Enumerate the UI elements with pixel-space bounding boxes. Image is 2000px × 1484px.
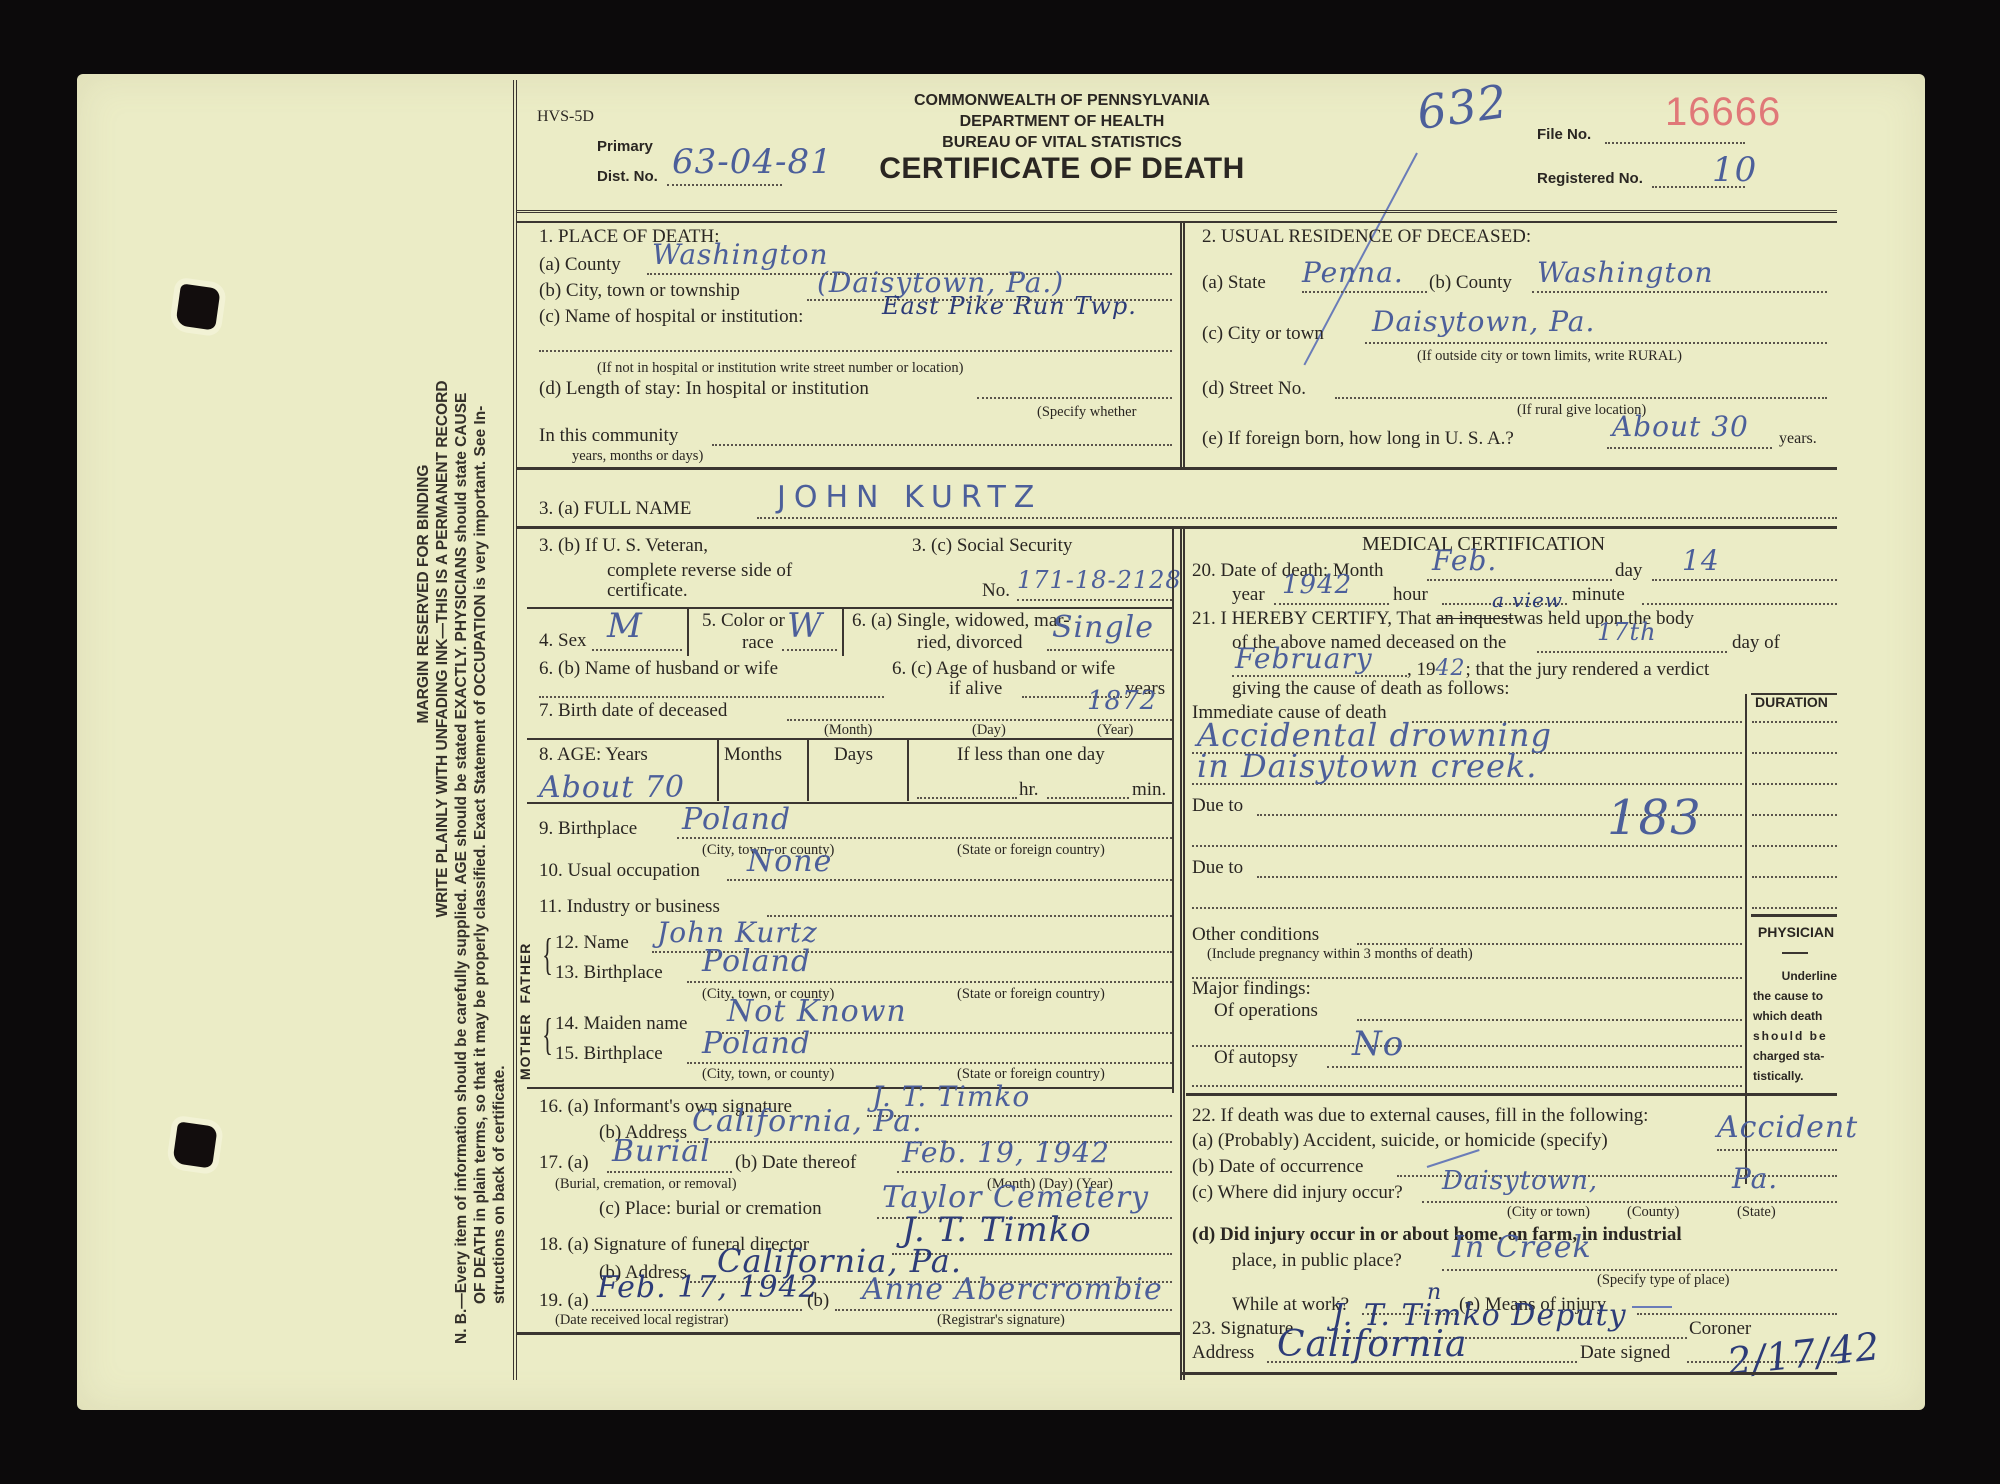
- dash-mark: [1632, 1306, 1672, 1308]
- agency-line: COMMONWEALTH OF PENNSYLVANIA: [837, 90, 1287, 111]
- death-minute-label: minute: [1572, 584, 1625, 606]
- death-hour-label: hour: [1393, 584, 1428, 606]
- informant-address[interactable]: California, Pa.: [692, 1104, 923, 1139]
- city-caption: (City or town): [1507, 1204, 1590, 1221]
- foreign-born-value[interactable]: About 30: [1612, 410, 1749, 443]
- major-findings-label: Major findings:: [1192, 978, 1311, 1000]
- injury-location-label: place, in public place?: [1232, 1250, 1402, 1272]
- residence-county-value[interactable]: Washington: [1537, 256, 1714, 289]
- residence-city-value[interactable]: Daisytown, Pa.: [1372, 305, 1595, 338]
- color-value[interactable]: W: [787, 606, 823, 646]
- registered-number[interactable]: 10: [1712, 150, 1757, 190]
- certify-text: day of: [1732, 632, 1780, 654]
- certify-text: ; that the jury rendered a verdict: [1466, 659, 1710, 680]
- brace: {: [542, 933, 553, 977]
- community-label: In this community: [539, 425, 678, 447]
- color-label: race: [742, 632, 774, 654]
- stay-note: (Specify whether: [1037, 404, 1136, 421]
- state-caption: (State): [1737, 1204, 1776, 1221]
- injury-city[interactable]: Daisytown,: [1442, 1166, 1598, 1196]
- burial-place-label: (c) Place: burial or cremation: [599, 1198, 822, 1220]
- registrar-signature-caption: (Registrar's signature): [937, 1312, 1065, 1329]
- autopsy-label: Of autopsy: [1214, 1047, 1298, 1069]
- margin-binding-note: MARGIN RESERVED FOR BINDING: [414, 144, 433, 1344]
- spouse-age-label: 6. (c) Age of husband or wife: [892, 658, 1115, 680]
- foreign-born-unit: years.: [1779, 430, 1817, 448]
- industry-label: 11. Industry or business: [539, 896, 720, 918]
- due-to-label: Due to: [1192, 857, 1243, 879]
- residence-heading: 2. USUAL RESIDENCE OF DECEASED:: [1202, 226, 1531, 248]
- birth-date-label: 7. Birth date of deceased: [539, 700, 727, 722]
- mother-birthplace-value[interactable]: Poland: [702, 1026, 811, 1061]
- other-conditions-label: Other conditions: [1192, 924, 1319, 946]
- occupation-value[interactable]: None: [747, 844, 832, 879]
- death-year[interactable]: 1942: [1282, 570, 1352, 600]
- agency-block: COMMONWEALTH OF PENNSYLVANIA DEPARTMENT …: [837, 90, 1287, 153]
- state-caption: (State or foreign country): [957, 986, 1105, 1003]
- veteran-label: certificate.: [607, 580, 688, 602]
- document-title: CERTIFICATE OF DEATH: [837, 152, 1287, 186]
- physician-note-line: which death: [1753, 1006, 1837, 1026]
- marital-label: ried, divorced: [917, 632, 1023, 654]
- hospital-label: (c) Name of hospital or institution:: [539, 306, 803, 328]
- death-month[interactable]: Feb.: [1432, 544, 1497, 577]
- residence-state-value[interactable]: Penna.: [1302, 256, 1404, 289]
- city-caption: (City, town, or county): [702, 1066, 834, 1083]
- hospital-note: (If not in hospital or institution write…: [597, 360, 963, 377]
- inquest-month[interactable]: February: [1235, 642, 1373, 675]
- margin-nb-line: OF DEATH in plain terms, so that it may …: [471, 144, 490, 1344]
- age-value[interactable]: About 70: [539, 770, 685, 805]
- operations-label: Of operations: [1214, 1000, 1318, 1022]
- injury-state[interactable]: Pa.: [1732, 1162, 1778, 1195]
- father-name-label: 12. Name: [555, 932, 629, 954]
- veteran-label: complete reverse side of: [607, 560, 792, 582]
- ss-label: 3. (c) Social Security: [912, 535, 1072, 557]
- disposition-value[interactable]: Burial: [612, 1134, 711, 1169]
- physician-note-line: Underline: [1753, 966, 1837, 986]
- county-caption: (County): [1627, 1204, 1679, 1221]
- certify-insert[interactable]: a view: [1492, 588, 1563, 612]
- community-note: years, months or days): [572, 448, 703, 465]
- residence-city-label: (c) City or town: [1202, 323, 1324, 345]
- death-certificate-form: HVS-5D Primary Dist. No. 63-04-81 COMMON…: [513, 80, 1838, 1380]
- coroner-address[interactable]: California: [1277, 1324, 1467, 1365]
- mother-maiden-label: 14. Maiden name: [555, 1013, 687, 1035]
- brace: {: [542, 1013, 553, 1057]
- full-name-value[interactable]: JOHN KURTZ: [777, 480, 1042, 515]
- day-caption: (Day): [972, 722, 1006, 739]
- registrar-signature[interactable]: Anne Abercrombie: [862, 1272, 1163, 1307]
- physician-note-line: tistically.: [1753, 1066, 1837, 1086]
- cause-of-death-line2[interactable]: in Daisytown creek.: [1197, 747, 1537, 785]
- other-conditions-note: (Include pregnancy within 3 months of de…: [1207, 946, 1473, 963]
- birth-date-value[interactable]: 1872: [1087, 686, 1157, 716]
- agency-line: BUREAU OF VITAL STATISTICS: [837, 132, 1287, 153]
- physician-note-line: charged sta-: [1753, 1046, 1837, 1066]
- certify-text: , 19: [1407, 659, 1436, 680]
- physician-note: Underline the cause to which death shoul…: [1753, 966, 1837, 1086]
- injury-location-value[interactable]: In Creek: [1452, 1230, 1592, 1265]
- death-year-label: year: [1232, 584, 1265, 606]
- age-label: 8. AGE: Years: [539, 744, 648, 766]
- parents-side-label: MOTHER FATHER: [517, 943, 533, 1080]
- annotation-number: 632: [1414, 74, 1511, 140]
- death-day[interactable]: 14: [1682, 544, 1720, 577]
- file-number-label: File No.: [1537, 126, 1591, 143]
- margin-nb-line: N. B.—Every item of information should b…: [452, 144, 471, 1344]
- death-day-label: day: [1615, 560, 1642, 582]
- registered-label: Registered No.: [1537, 170, 1643, 187]
- registrar-signature-label: (b): [807, 1290, 829, 1312]
- duration-label: DURATION: [1755, 694, 1828, 710]
- full-name-label: 3. (a) FULL NAME: [539, 498, 691, 520]
- residence-county-label: (b) County: [1429, 272, 1512, 294]
- disposition-date-label: (b) Date thereof: [735, 1152, 856, 1174]
- dist-label: Dist. No.: [597, 168, 658, 185]
- occupation-label: 10. Usual occupation: [539, 860, 700, 882]
- residence-city-note: (If outside city or town limits, write R…: [1417, 348, 1682, 365]
- sex-label: 4. Sex: [539, 630, 587, 652]
- occurrence-date-label: (b) Date of occurrence: [1192, 1156, 1363, 1178]
- father-birthplace-value[interactable]: Poland: [702, 944, 811, 979]
- external-causes-heading: 22. If death was due to external causes,…: [1192, 1105, 1648, 1127]
- ss-no-label: No.: [982, 580, 1010, 602]
- sex-value[interactable]: M: [607, 606, 643, 646]
- margin-nb-line: structions on back of certificate.: [490, 144, 509, 1344]
- manner-value[interactable]: Accident: [1717, 1110, 1858, 1145]
- veteran-label: 3. (b) If U. S. Veteran,: [539, 535, 708, 557]
- binding-hole: [175, 283, 220, 330]
- agency-line: DEPARTMENT OF HEALTH: [837, 111, 1287, 132]
- stay-label: (d) Length of stay: In hospital or insti…: [539, 378, 869, 400]
- binding-hole: [172, 1121, 217, 1168]
- less-than-day-label: If less than one day: [957, 744, 1105, 766]
- state-caption: (State or foreign country): [957, 842, 1105, 859]
- marital-value[interactable]: Single: [1052, 610, 1154, 645]
- min-label: min.: [1132, 779, 1166, 801]
- hospital-value[interactable]: East Pike Run Twp.: [882, 292, 1137, 320]
- father-side-label: FATHER: [517, 943, 533, 1004]
- physician-note-line: the cause to: [1753, 986, 1837, 1006]
- dist-number[interactable]: 63-04-81: [672, 142, 833, 182]
- mother-maiden-value[interactable]: Not Known: [727, 994, 907, 1029]
- margin-ink-note: WRITE PLAINLY WITH UNFADING INK—THIS IS …: [433, 144, 452, 1344]
- birthplace-value[interactable]: Poland: [682, 802, 791, 837]
- certify-text: 21. I HEREBY CERTIFY, That: [1192, 608, 1431, 629]
- manner-label: (a) (Probably) Accident, suicide, or hom…: [1192, 1130, 1608, 1152]
- birthplace-label: 9. Birthplace: [539, 818, 637, 840]
- disposition-caption: (Burial, cremation, or removal): [555, 1176, 737, 1193]
- certify-text: giving the cause of death as follows:: [1232, 678, 1510, 700]
- foreign-born-label: (e) If foreign born, how long in U. S. A…: [1202, 428, 1514, 450]
- death-county-label: (a) County: [539, 254, 621, 276]
- death-county-value[interactable]: Washington: [652, 238, 829, 271]
- coroner-label: Coroner: [1689, 1318, 1751, 1340]
- street-label: (d) Street No.: [1202, 378, 1306, 400]
- death-city-label: (b) City, town or township: [539, 280, 740, 302]
- margin-instructions: MARGIN RESERVED FOR BINDING WRITE PLAINL…: [414, 144, 509, 1344]
- year-caption: (Year): [1097, 722, 1133, 739]
- form-code: HVS-5D: [537, 108, 594, 126]
- month-caption: (Month): [824, 722, 872, 739]
- residence-state-label: (a) State: [1202, 272, 1266, 294]
- age-months-label: Months: [724, 744, 782, 766]
- injury-location-label: (d) Did injury occur in or about home, o…: [1192, 1224, 1682, 1246]
- mother-side-label: MOTHER: [517, 1013, 533, 1080]
- place-caption: (Specify type of place): [1597, 1272, 1729, 1289]
- age-days-label: Days: [834, 744, 873, 766]
- autopsy-value[interactable]: No: [1352, 1024, 1404, 1064]
- color-label: 5. Color or: [702, 610, 785, 632]
- mother-birthplace-label: 15. Birthplace: [555, 1043, 663, 1065]
- hr-label: hr.: [1019, 779, 1039, 801]
- registrar-date[interactable]: Feb. 17, 1942: [597, 1270, 819, 1305]
- inquest-day[interactable]: 17th: [1597, 618, 1657, 646]
- file-number: 16666: [1665, 90, 1781, 135]
- due-to-label: Due to: [1192, 795, 1243, 817]
- injury-place-label: (c) Where did injury occur?: [1192, 1182, 1403, 1204]
- spouse-age-label: if alive: [949, 678, 1002, 700]
- disposition-label: 17. (a): [539, 1152, 589, 1174]
- spouse-name-label: 6. (b) Name of husband or wife: [539, 658, 778, 680]
- primary-label: Primary: [597, 138, 653, 155]
- disposition-date[interactable]: Feb. 19, 1942: [902, 1136, 1110, 1169]
- cause-code-annotation: 183: [1607, 790, 1702, 846]
- registrar-date-caption: (Date received local registrar): [555, 1312, 729, 1329]
- physician-note-line: should be: [1753, 1026, 1837, 1046]
- date-signed-label: Date signed: [1580, 1342, 1670, 1364]
- coroner-address-label: Address: [1192, 1342, 1254, 1364]
- registrar-date-label: 19. (a): [539, 1290, 589, 1312]
- marital-label: 6. (a) Single, widowed, mar-: [852, 610, 1070, 632]
- father-birthplace-label: 13. Birthplace: [555, 962, 663, 984]
- physician-label: PHYSICIAN: [1753, 924, 1839, 940]
- ss-number[interactable]: 171-18-2128: [1017, 566, 1182, 594]
